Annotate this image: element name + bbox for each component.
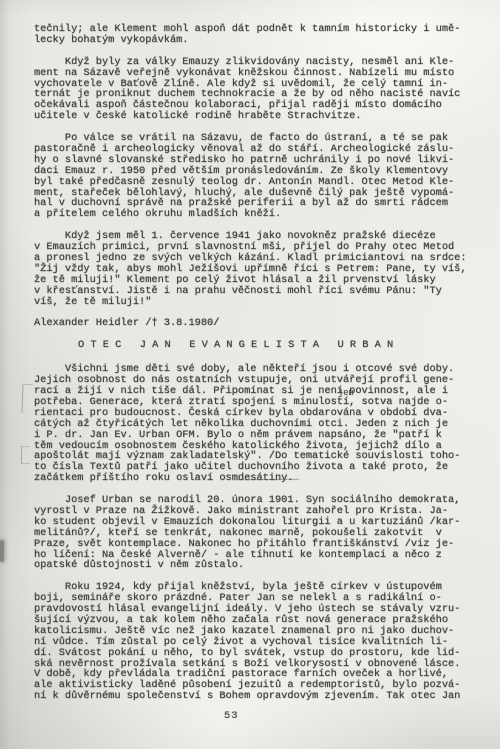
page-number: 53 xyxy=(224,710,239,722)
text-block: tečnily; ale Klement mohl aspoň dát podn… xyxy=(34,24,486,713)
typed-insertion-word: jen xyxy=(338,388,354,398)
paragraph: Všichni jsme děti své doby, ale někteří … xyxy=(34,364,486,484)
paragraph: Když byly za války Emauzy zlikvidovány n… xyxy=(34,57,486,122)
paragraph: Roku 1924, kdy přijal kněžství, byla ješ… xyxy=(34,582,486,702)
text-line: v křesťanství. Jistě i na prahu věčnosti… xyxy=(34,286,486,297)
author-signature: Alexander Heidler /† 3.8.1980/ xyxy=(34,318,486,329)
text-line: dí. Svátost pokání u něho, to byl svátek… xyxy=(34,648,486,659)
section-heading: O T E C J A N E V A N G E L I S T A U R … xyxy=(34,340,486,351)
paragraph: tečnily; ale Klement mohl aspoň dát podn… xyxy=(34,24,486,46)
scan-edge-smudge xyxy=(0,540,4,562)
text-line: cátých až čtyřicátých let několika ducho… xyxy=(34,419,486,430)
text-line: byl také předčasně zesnulý teolog dr. An… xyxy=(34,177,486,188)
text-line: lecky bohatým vykopávkám. xyxy=(34,35,486,46)
pen-bracket-mark xyxy=(21,384,32,413)
text-line: melitánů?/, kteří se tenkrát, nakonec ma… xyxy=(34,528,486,539)
text-line: učitele v české katolické rodině hraběte… xyxy=(34,111,486,122)
text-line: opatské důstojnosti v něm zůstalo. xyxy=(34,560,486,571)
text-line: i P. dr. Jan Ev. Urban OFM. Bylo o něm p… xyxy=(34,430,486,441)
paragraph: Josef Urban se narodil 20. února 1901. S… xyxy=(34,495,486,571)
text-line: a přítelem celého okruhu mladších kněží. xyxy=(34,209,486,220)
text-line: ní k důvěrnému společenství s Bohem opra… xyxy=(34,691,486,702)
scanned-document-page: tečnily; ale Klement mohl aspoň dát podn… xyxy=(0,0,500,749)
text-line: víš, že tě miluji!" xyxy=(34,297,486,308)
text-line: O T E C J A N E V A N G E L I S T A U R … xyxy=(78,340,486,351)
paragraph: Po válce se vrátil na Sázavu, de facto d… xyxy=(34,133,486,220)
text-line: ní vůdce. Tím zůstal po celý život a vyc… xyxy=(34,637,486,648)
text-line: Praze, svět kontemplace. Nakonec ho přit… xyxy=(34,539,486,550)
text-line: Alexander Heidler /† 3.8.1980/ xyxy=(34,318,486,329)
text-line: ment na Sázavě veřejně vykonávat kněžsko… xyxy=(34,68,486,79)
paragraph: Když jsem měl 1. července 1941 jako novo… xyxy=(34,231,486,307)
pen-bracket-mark xyxy=(21,446,30,464)
